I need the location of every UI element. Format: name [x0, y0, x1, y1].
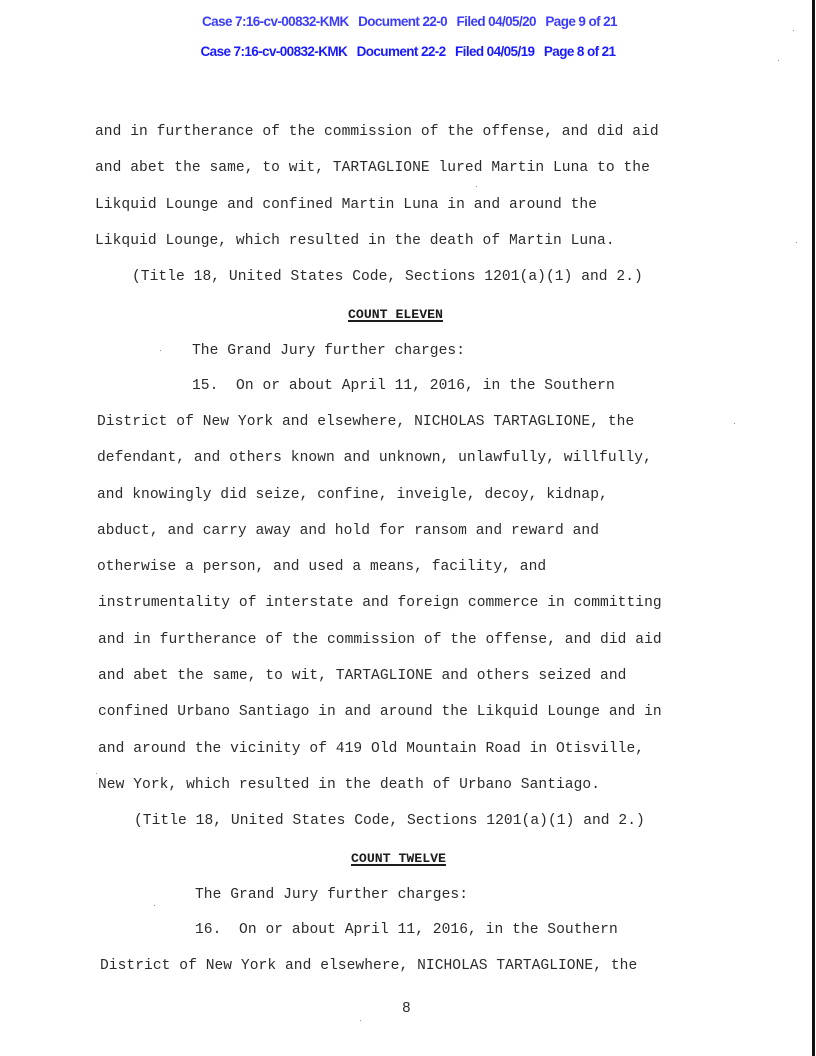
paragraph-16-start: 16. On or about April 11, 2016, in the S… [195, 922, 618, 938]
scan-speck [160, 350, 161, 351]
body-line: and abet the same, to wit, TARTAGLIONE a… [98, 668, 626, 684]
case-header-text: Case 7:16-cv-00832-KMK Document 22-2 Fil… [0, 44, 816, 59]
body-line: otherwise a person, and used a means, fa… [97, 559, 546, 575]
body-line: The Grand Jury further charges: [195, 887, 468, 903]
body-line: Likquid Lounge, which resulted in the de… [95, 233, 615, 249]
body-line: New York, which resulted in the death of… [98, 777, 600, 793]
scan-speck [154, 905, 155, 906]
page-number: 8 [402, 1001, 411, 1017]
body-line: instrumentality of interstate and foreig… [98, 595, 662, 611]
scan-speck [796, 242, 797, 243]
body-line: District of New York and elsewhere, NICH… [97, 414, 634, 430]
body-line: and in furtherance of the commission of … [98, 632, 662, 648]
scan-speck [96, 773, 97, 774]
body-line: and knowingly did seize, confine, inveig… [97, 487, 608, 503]
body-line: The Grand Jury further charges: [192, 343, 465, 359]
body-line: defendant, and others known and unknown,… [97, 450, 652, 466]
body-line: and abet the same, to wit, TARTAGLIONE l… [95, 160, 650, 176]
case-header-ghost-text: Case 7:16-cv-00832-KMK Document 22-0 Fil… [2, 14, 816, 29]
scan-speck [793, 30, 794, 31]
scan-edge-line [812, 0, 815, 1056]
count-eleven-heading: COUNT ELEVEN [348, 307, 443, 322]
scan-speck [360, 1020, 361, 1021]
body-line: District of New York and elsewhere, NICH… [100, 958, 637, 974]
body-line: abduct, and carry away and hold for rans… [97, 523, 599, 539]
body-line: and around the vicinity of 419 Old Mount… [98, 741, 644, 757]
case-header-stamp: Case 7:16-cv-00832-KMK Document 22-2 Fil… [0, 14, 816, 59]
scan-speck [734, 423, 735, 424]
paragraph-15-start: 15. On or about April 11, 2016, in the S… [192, 378, 615, 394]
body-line: confined Urbano Santiago in and around t… [98, 704, 662, 720]
body-line: and in furtherance of the commission of … [95, 124, 659, 140]
count-twelve-heading: COUNT TWELVE [351, 851, 446, 866]
citation-line: (Title 18, United States Code, Sections … [134, 813, 645, 829]
body-line: Likquid Lounge and confined Martin Luna … [95, 197, 597, 213]
scan-speck [778, 60, 779, 61]
citation-line: (Title 18, United States Code, Sections … [132, 269, 643, 285]
scan-speck [476, 186, 477, 187]
